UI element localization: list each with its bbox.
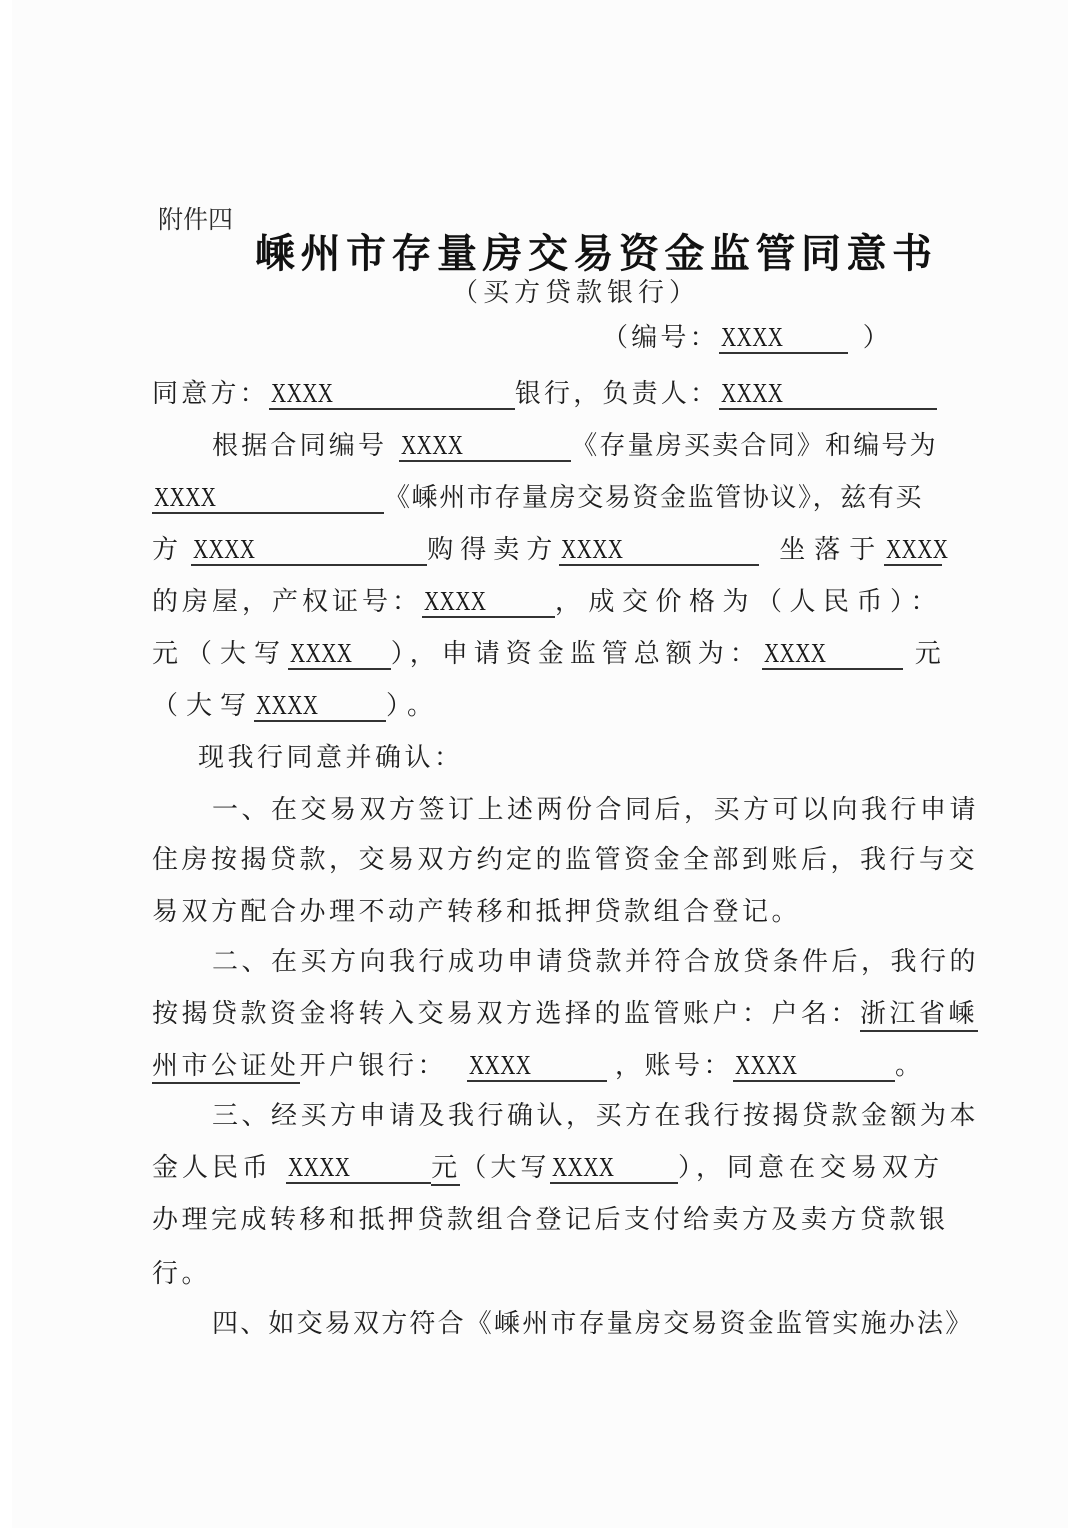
document-subtitle: （买方贷款银行） bbox=[452, 272, 700, 309]
clause-1-line-1: 一、在交易双方签订上述两份合同后，买方可以向我行申请 bbox=[212, 790, 944, 830]
deal-price-label: ，成交价格为（人民币）： bbox=[555, 582, 944, 622]
property-cert-label: 的房屋，产权证号： bbox=[152, 582, 422, 622]
account-number-value: XXXX bbox=[735, 1050, 797, 1080]
agreement-number-field[interactable]: XXXX bbox=[152, 482, 384, 514]
confirm-intro: 现我行同意并确认： bbox=[198, 738, 990, 778]
clause-2-text-2: 按揭贷款资金将转入交易双方选择的监管账户：户名： bbox=[152, 994, 860, 1034]
contract-title: 《存量房买卖合同》和编号为 bbox=[571, 426, 938, 466]
price-caps-prefix: 元（大写 bbox=[152, 634, 288, 674]
seller-value: XXXX bbox=[561, 534, 623, 564]
buyer-field[interactable]: XXXX bbox=[191, 534, 427, 566]
property-cert-value: XXXX bbox=[424, 586, 486, 616]
account-name-part-1: 浙江省嵊 bbox=[860, 998, 978, 1032]
clause-3-text-1: 三、经买方申请及我行确认，买方在我行按揭贷款金额为本 bbox=[212, 1096, 979, 1136]
clause-2-text-1: 二、在买方向我行成功申请贷款并符合放贷条件后，我行的 bbox=[212, 942, 979, 982]
account-number-label: ，账号： bbox=[615, 1046, 733, 1086]
contract-line: 根据合同编号 XXXX 《存量房买卖合同》和编号为 bbox=[212, 426, 944, 466]
clause-3-line-2: 金人民币 XXXX 元 （大写 XXXX ），同意在交易双方 bbox=[152, 1148, 944, 1188]
consent-bank-field[interactable]: XXXX bbox=[269, 378, 515, 410]
open-bank-value: XXXX bbox=[469, 1050, 531, 1080]
clause-3-line-1: 三、经买方申请及我行确认，买方在我行按揭贷款金额为本 bbox=[212, 1096, 944, 1136]
agreement-number-value: XXXX bbox=[154, 482, 216, 512]
consent-party-line: 同意方： XXXX 银行，负责人： XXXX bbox=[152, 374, 944, 414]
clause-3-line-3: 办理完成转移和抵押贷款组合登记后支付给卖方及卖方贷款银 bbox=[152, 1200, 944, 1240]
loan-amount-field[interactable]: XXXX bbox=[286, 1152, 431, 1184]
document-title: 嵊州市存量房交易资金监管同意书 bbox=[255, 222, 938, 279]
contract-number-field[interactable]: XXXX bbox=[399, 430, 571, 462]
number-prefix: （编号： bbox=[602, 318, 719, 358]
clause-3-text-2: ），同意在交易双方 bbox=[678, 1148, 944, 1188]
loan-caps-value: XXXX bbox=[552, 1152, 614, 1182]
clause-2-end: 。 bbox=[895, 1046, 924, 1086]
loan-amount-value: XXXX bbox=[288, 1152, 350, 1182]
account-name-part-2: 州市公证处 bbox=[152, 1050, 300, 1084]
open-bank-label: 开户银行： bbox=[300, 1046, 448, 1086]
contract-number-value: XXXX bbox=[401, 430, 463, 460]
responsible-person-field[interactable]: XXXX bbox=[719, 378, 937, 410]
location-value: XXXX bbox=[886, 534, 948, 564]
clause-4-line-1: 四、如交易双方符合《嵊州市存量房交易资金监管实施办法》 bbox=[212, 1304, 952, 1344]
attachment-label: 附件四 bbox=[158, 200, 233, 236]
contract-prefix: 根据合同编号 bbox=[212, 426, 387, 466]
document-number-line: （编号： XXXX ） bbox=[602, 318, 892, 358]
clause-1-line-2: 住房按揭贷款，交易双方约定的监管资金全部到账后，我行与交 bbox=[152, 840, 944, 880]
account-number-field[interactable]: XXXX bbox=[733, 1050, 895, 1082]
supervised-total-field[interactable]: XXXX bbox=[762, 638, 903, 670]
total-caps-prefix: （大写 bbox=[152, 686, 254, 726]
responsible-person-value: XXXX bbox=[721, 378, 783, 408]
clause-1-line-3: 易双方配合办理不动产转移和抵押贷款组合登记。 bbox=[152, 892, 944, 932]
price-caps-value: XXXX bbox=[290, 638, 352, 668]
price-caps-field[interactable]: XXXX bbox=[288, 638, 391, 670]
supervised-total-value: XXXX bbox=[764, 638, 826, 668]
located-at-label: 坐落于 bbox=[779, 530, 884, 570]
loan-yuan-unit: 元 bbox=[431, 1152, 460, 1186]
document-number-field[interactable]: XXXX bbox=[719, 322, 848, 354]
agreement-line: XXXX 《嵊州市存量房交易资金监管协议》，兹有买 bbox=[152, 478, 944, 518]
consent-bank-value: XXXX bbox=[271, 378, 333, 408]
number-suffix: ） bbox=[863, 318, 892, 358]
buyer-value: XXXX bbox=[193, 534, 255, 564]
loan-caps-prefix: （大写 bbox=[460, 1148, 550, 1188]
confirm-intro-text: 现我行同意并确认： bbox=[198, 738, 464, 778]
total-caps-suffix: ）。 bbox=[386, 686, 441, 726]
supervised-total-label: ），申请资金监管总额为： bbox=[391, 634, 762, 674]
purchase-from-seller-label: 购得卖方 bbox=[427, 530, 559, 570]
bank-responsible-label: 银行，负责人： bbox=[515, 374, 719, 414]
clause-3-line-4: 行。 bbox=[152, 1254, 944, 1294]
clause-1-text-3: 易双方配合办理不动产转移和抵押贷款组合登记。 bbox=[152, 892, 801, 932]
property-line: 的房屋，产权证号： XXXX ，成交价格为（人民币）： bbox=[152, 582, 944, 622]
clause-2-line-3: 州市公证处 开户银行： XXXX ，账号： XXXX 。 bbox=[152, 1046, 944, 1086]
document-number-value: XXXX bbox=[721, 322, 783, 352]
clause-3-text-4: 行。 bbox=[152, 1254, 211, 1294]
clause-4-text-1: 四、如交易双方符合《嵊州市存量房交易资金监管实施办法》 bbox=[212, 1304, 973, 1344]
amount-line: 元（大写 XXXX ），申请资金监管总额为： XXXX 元 bbox=[152, 634, 944, 674]
clause-3-text-3: 办理完成转移和抵押贷款组合登记后支付给卖方及卖方贷款银 bbox=[152, 1200, 949, 1240]
parties-line: 方 XXXX 购得卖方 XXXX 坐落于 XXXX bbox=[152, 530, 944, 570]
location-field[interactable]: XXXX bbox=[884, 534, 942, 566]
agreement-title: 《嵊州市存量房交易资金监管协议》，兹有买 bbox=[384, 478, 923, 518]
total-caps-value: XXXX bbox=[256, 690, 318, 720]
clause-1-text-1: 一、在交易双方签订上述两份合同后，买方可以向我行申请 bbox=[212, 790, 979, 830]
clause-2-line-1: 二、在买方向我行成功申请贷款并符合放贷条件后，我行的 bbox=[212, 942, 944, 982]
yuan-unit: 元 bbox=[915, 634, 944, 674]
clause-1-text-2: 住房按揭贷款，交易双方约定的监管资金全部到账后，我行与交 bbox=[152, 840, 978, 880]
clause-2-line-2: 按揭贷款资金将转入交易双方选择的监管账户：户名： 浙江省嵊 bbox=[152, 994, 944, 1034]
seller-field[interactable]: XXXX bbox=[559, 534, 759, 566]
buyer-prefix: 方 bbox=[152, 530, 181, 570]
consent-party-label: 同意方： bbox=[152, 374, 269, 414]
total-caps-field[interactable]: XXXX bbox=[254, 690, 386, 722]
open-bank-field[interactable]: XXXX bbox=[467, 1050, 607, 1082]
loan-caps-field[interactable]: XXXX bbox=[550, 1152, 678, 1184]
property-cert-field[interactable]: XXXX bbox=[422, 586, 555, 618]
amount-caps-line: （大写 XXXX ）。 bbox=[152, 686, 944, 726]
document-page: 附件四 嵊州市存量房交易资金监管同意书 （买方贷款银行） （编号： XXXX ）… bbox=[12, 0, 1068, 1528]
loan-amount-label: 金人民币 bbox=[152, 1148, 272, 1188]
